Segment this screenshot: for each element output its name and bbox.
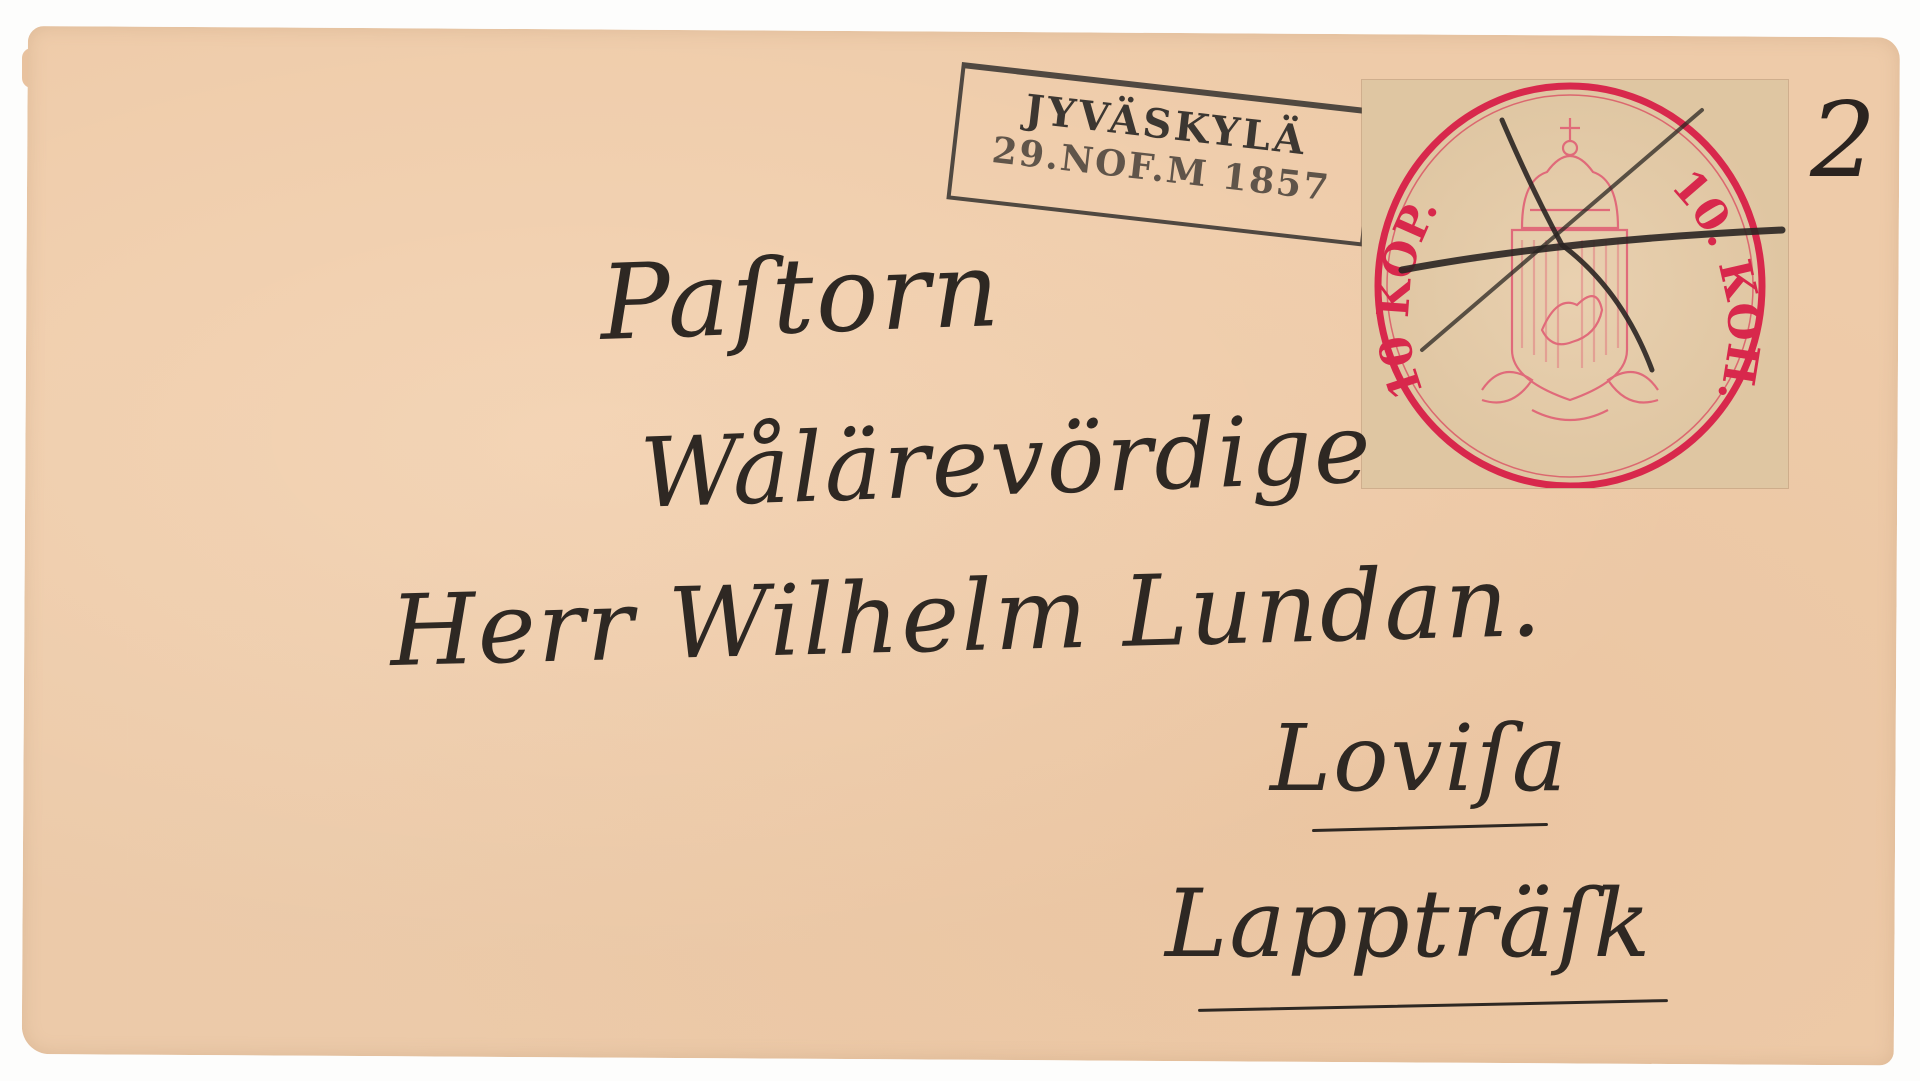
postage-stamp: 10 KOP. 10. КОП. [1362,80,1788,488]
address-title: Paſtorn [598,228,1003,364]
address-parish: Lappträſk [1165,870,1652,979]
scene: JYVÄSKYLÄ 29.NOF.M 1857 [0,0,1920,1081]
address-city: Loviſa [1270,705,1569,812]
stamp-right-text: 10. КОП. [1661,160,1768,409]
stamp-artwork-icon: 10 KOP. 10. КОП. [1362,80,1788,488]
corner-number: 2 [1810,88,1876,192]
stamp-left-text: 10 KOP. [1368,188,1449,406]
